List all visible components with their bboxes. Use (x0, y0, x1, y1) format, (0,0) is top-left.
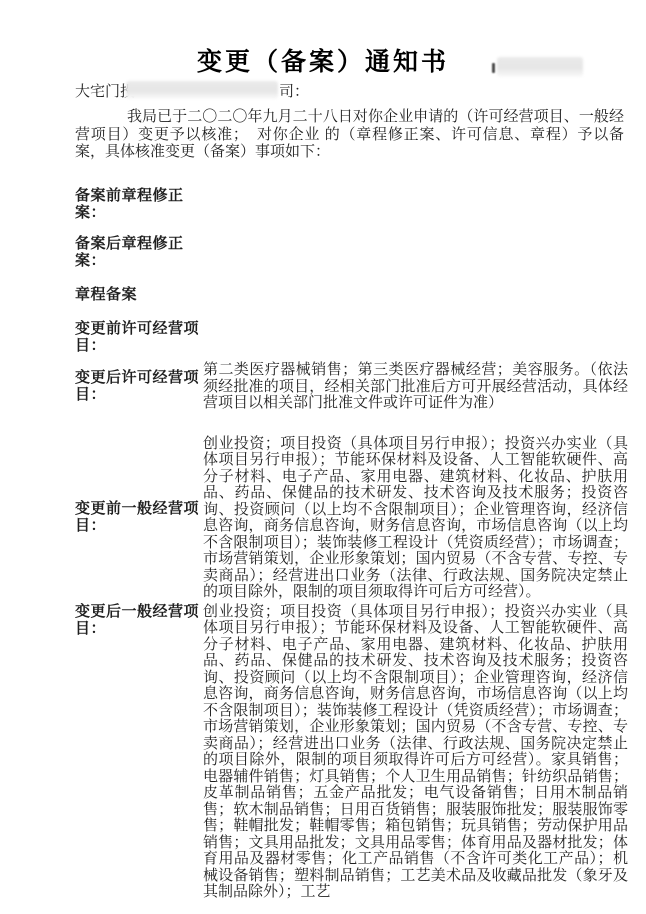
item-value: 第二类医疗器械销售；第三类医疗器械经营；美容服务。（依法须经批准的项目，经相关部… (203, 362, 628, 412)
addressee-suffix: 司： (279, 84, 309, 100)
item-label: 变更后许可经营项 目： (75, 370, 203, 404)
row-charter-filing: 章程备案 (75, 287, 628, 304)
intro-paragraph: 我局已于二〇二〇年九月二十八日对你企业申请的（许可经营项目、一般经营项目）变更予… (75, 109, 624, 162)
row-general-items-before: 变更前一般经营项 目： 创业投资；项目投资（具体项目另行申报）；投资兴办实业（具… (75, 436, 628, 601)
row-licensed-items-before: 变更前许可经营项 目： (75, 321, 628, 355)
item-label: 变更后一般经营项 目： (75, 604, 203, 638)
row-amendment-after-filing: 备案后章程修正 案： (75, 236, 628, 270)
change-items-table: 备案前章程修正 案： 备案后章程修正 案： 章程备案 变更前许可经营项 目： (75, 188, 628, 901)
row-general-items-after: 变更后一般经营项 目： 创业投资；项目投资（具体项目另行申报）；投资兴办实业（具… (75, 604, 628, 901)
doc-number-redaction (490, 56, 586, 80)
item-value: 创业投资；项目投资（具体项目另行申报）；投资兴办实业（具体项目另行申报）；节能环… (203, 436, 628, 601)
row-amendment-before-filing: 备案前章程修正 案： (75, 188, 628, 222)
redaction-speck (492, 63, 495, 73)
item-label: 章程备案 (75, 287, 203, 304)
item-value: 创业投资；项目投资（具体项目另行申报）；投资兴办实业（具体项目另行申报）；节能环… (203, 604, 628, 901)
item-label: 备案后章程修正 案： (75, 236, 203, 270)
item-label: 变更前许可经营项 目： (75, 321, 203, 355)
item-label: 备案前章程修正 案： (75, 188, 203, 222)
item-label: 变更前一般经营项 目： (75, 501, 203, 535)
notice-document-page: 变更（备案）通知书 大宅门投司： 我局已于二〇二〇年九月二十八日对你企业申请的（… (0, 0, 646, 914)
redaction-blob (497, 57, 583, 77)
addressee-line: 大宅门投司： (75, 81, 309, 102)
row-licensed-items-after: 变更后许可经营项 目： 第二类医疗器械销售；第三类医疗器械经营；美容服务。（依法… (75, 362, 628, 412)
addressee-name-redaction (126, 81, 278, 99)
